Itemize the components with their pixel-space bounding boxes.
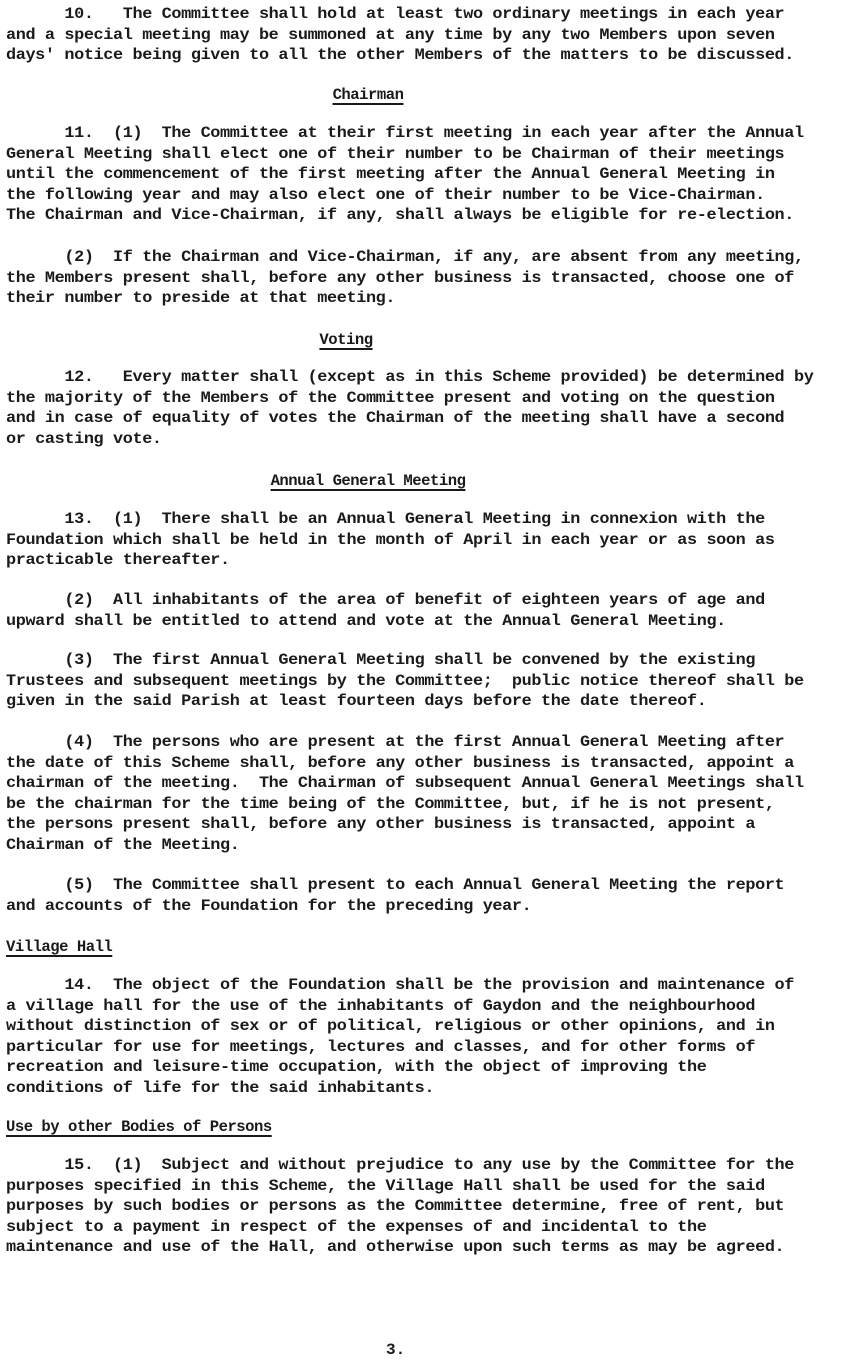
- text-line: subject to a payment in respect of the e…: [6, 1217, 706, 1237]
- text-line: purposes by such bodies or persons as th…: [6, 1196, 784, 1216]
- text-line: the date of this Scheme shall, before an…: [6, 753, 794, 773]
- text-line: General Meeting shall elect one of their…: [6, 144, 784, 164]
- text-line: upward shall be entitled to attend and v…: [6, 611, 726, 631]
- text-line: (2) All inhabitants of the area of benef…: [6, 590, 765, 610]
- text-line: the following year and may also elect on…: [6, 185, 765, 205]
- text-line: their number to preside at that meeting.: [6, 288, 395, 308]
- heading-voting: Voting: [319, 330, 372, 350]
- text-line: and accounts of the Foundation for the p…: [6, 896, 531, 916]
- text-line: the persons present shall, before any ot…: [6, 814, 755, 834]
- heading-use-by-other-bodies: Use by other Bodies of Persons: [6, 1117, 272, 1137]
- text-line: recreation and leisure-time occupation, …: [6, 1057, 706, 1077]
- heading-annual-general-meeting: Annual General Meeting: [271, 471, 466, 491]
- text-line: (4) The persons who are present at the f…: [6, 732, 784, 752]
- text-line: and a special meeting may be summoned at…: [6, 25, 775, 45]
- text-line: the majority of the Members of the Commi…: [6, 388, 775, 408]
- text-line: or casting vote.: [6, 429, 162, 449]
- page-number: 3.: [386, 1341, 405, 1359]
- text-line: chairman of the meeting. The Chairman of…: [6, 773, 804, 793]
- heading-chairman: Chairman: [333, 85, 404, 105]
- text-line: Foundation which shall be held in the mo…: [6, 530, 775, 550]
- text-line: without distinction of sex or of politic…: [6, 1016, 775, 1036]
- text-line: days' notice being given to all the othe…: [6, 45, 794, 65]
- text-line: (5) The Committee shall present to each …: [6, 875, 784, 895]
- text-line: practicable thereafter.: [6, 550, 230, 570]
- text-line: 12. Every matter shall (except as in thi…: [6, 367, 813, 387]
- text-line: the Members present shall, before any ot…: [6, 268, 794, 288]
- text-line: 10. The Committee shall hold at least tw…: [6, 4, 784, 24]
- text-line: purposes specified in this Scheme, the V…: [6, 1176, 765, 1196]
- text-line: be the chairman for the time being of th…: [6, 794, 775, 814]
- text-line: until the commencement of the first meet…: [6, 164, 775, 184]
- text-line: 14. The object of the Foundation shall b…: [6, 975, 794, 995]
- text-line: a village hall for the use of the inhabi…: [6, 996, 755, 1016]
- text-line: (3) The first Annual General Meeting sha…: [6, 650, 755, 670]
- text-line: The Chairman and Vice-Chairman, if any, …: [6, 205, 794, 225]
- text-line: Trustees and subsequent meetings by the …: [6, 671, 804, 691]
- text-line: given in the said Parish at least fourte…: [6, 691, 706, 711]
- text-line: 11. (1) The Committee at their first mee…: [6, 123, 804, 143]
- text-line: particular for use for meetings, lecture…: [6, 1037, 755, 1057]
- text-line: 15. (1) Subject and without prejudice to…: [6, 1155, 794, 1175]
- text-line: conditions of life for the said inhabita…: [6, 1078, 434, 1098]
- text-line: and in case of equality of votes the Cha…: [6, 408, 784, 428]
- text-line: 13. (1) There shall be an Annual General…: [6, 509, 765, 529]
- text-line: Chairman of the Meeting.: [6, 835, 239, 855]
- text-line: (2) If the Chairman and Vice-Chairman, i…: [6, 247, 804, 267]
- heading-village-hall: Village Hall: [6, 937, 112, 957]
- text-line: maintenance and use of the Hall, and oth…: [6, 1237, 784, 1257]
